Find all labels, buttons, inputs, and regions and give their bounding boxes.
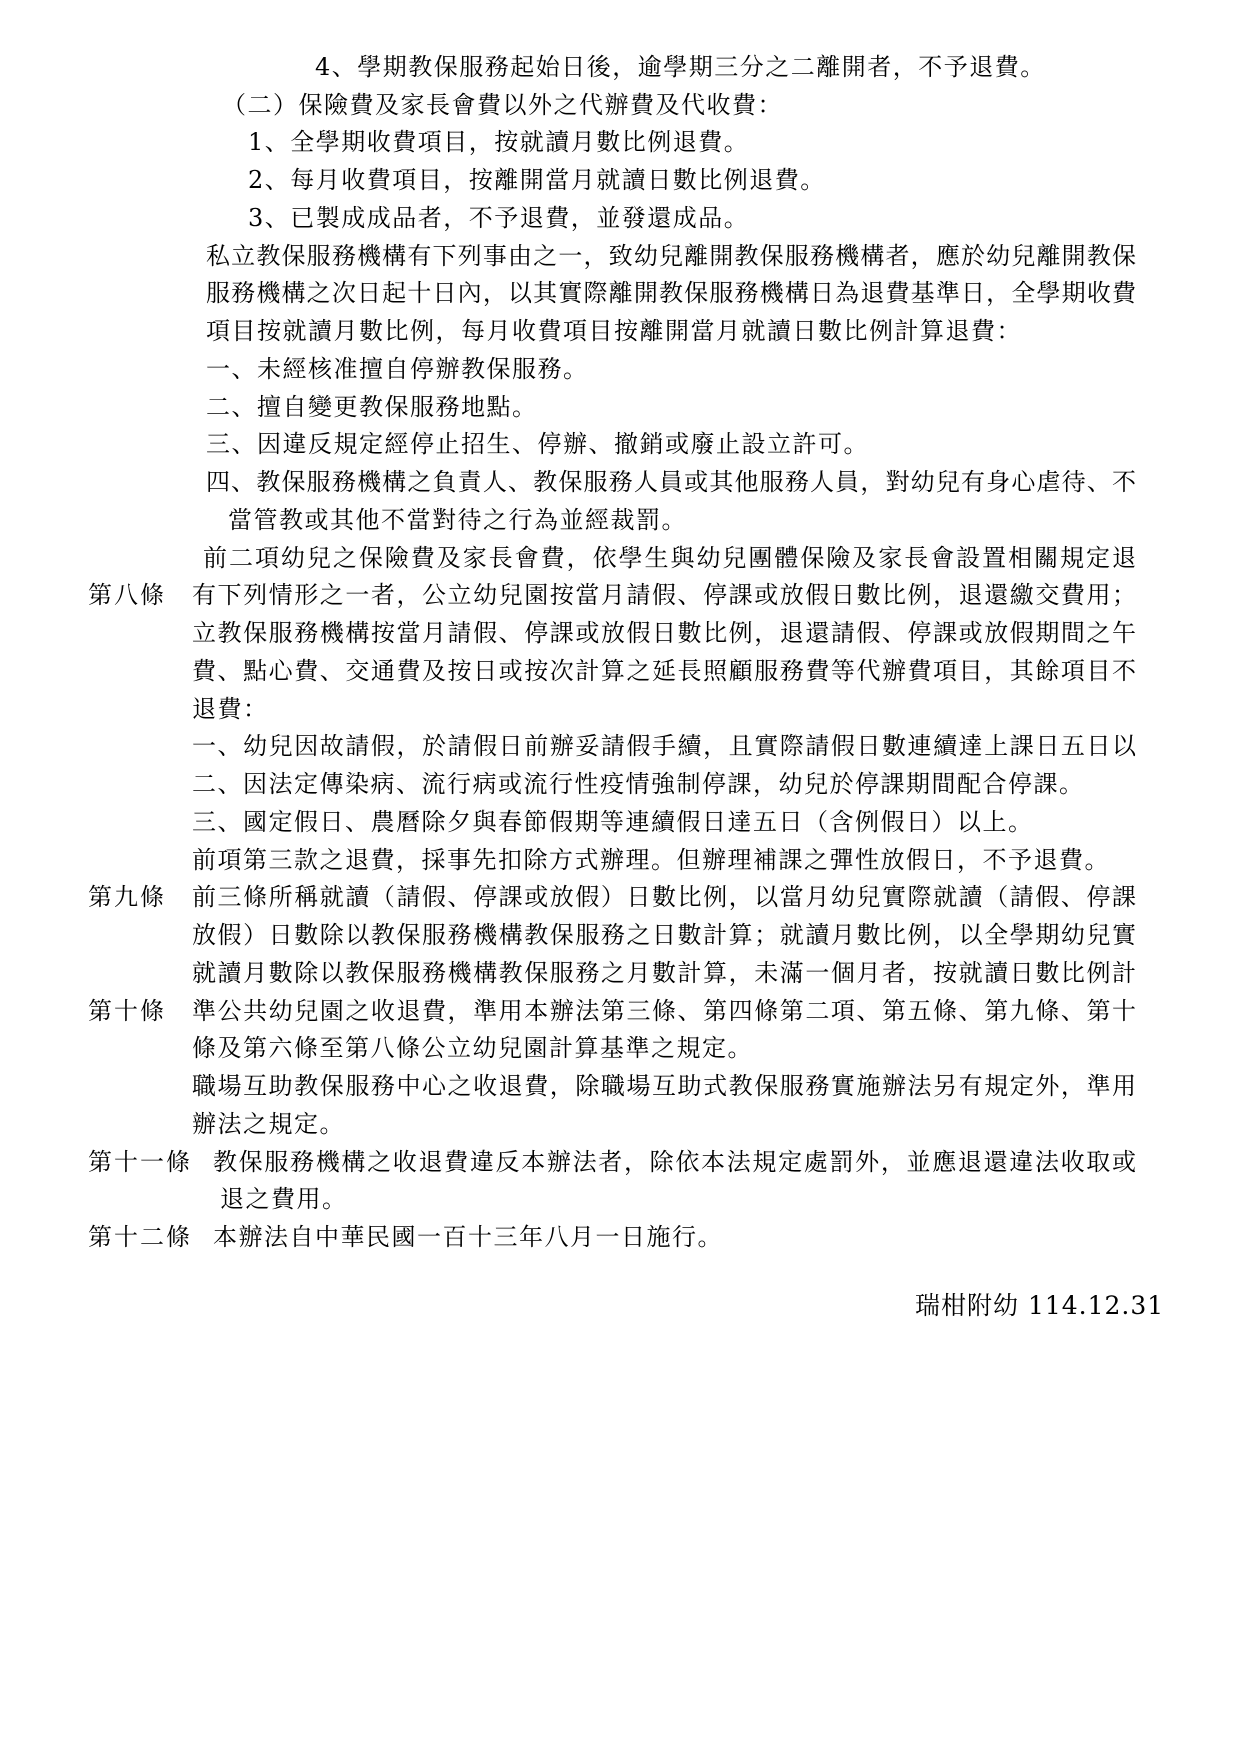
document-line: 二、擅自變更教保服務地點。 bbox=[0, 388, 1241, 426]
line-text: 退費： bbox=[192, 690, 269, 728]
article-number: 第八條 bbox=[88, 576, 166, 614]
article-number: 第九條 bbox=[88, 878, 166, 916]
line-text: 私立教保服務機構有下列事由之一，致幼兒離開教保服務機構者，應於幼兒離開教保 bbox=[206, 237, 1137, 275]
document-line: 私立教保服務機構有下列事由之一，致幼兒離開教保服務機構者，應於幼兒離開教保 bbox=[0, 237, 1241, 275]
document-line: 第十一條 教保服務機構之收退費違反本辦法者，除依本法規定處罰外，並應退還違法收取… bbox=[0, 1143, 1241, 1181]
footer-annotation: 瑞柑附幼 114.12.31 bbox=[915, 1286, 1164, 1322]
line-text: （二）保險費及家長會費以外之代辦費及代收費： bbox=[222, 86, 783, 124]
document-line: 4、學期教保服務起始日後，逾學期三分之二離開者，不予退費。 bbox=[0, 48, 1241, 86]
document-line: 1、全學期收費項目，按就讀月數比例退費。 bbox=[0, 123, 1241, 161]
line-text: 退之費用。 bbox=[220, 1180, 348, 1218]
document-line: 退之費用。 bbox=[0, 1180, 1241, 1218]
line-text: 2、每月收費項目，按離開當月就讀日數比例退費。 bbox=[248, 161, 826, 199]
line-text: 一、未經核准擅自停辦教保服務。 bbox=[206, 350, 589, 388]
document-line: 第十二條 本辦法自中華民國一百十三年八月一日施行。 bbox=[0, 1218, 1241, 1256]
document-line: 第八條 有下列情形之一者，公立幼兒園按當月請假、停課或放假日數比例，退還繳交費用… bbox=[0, 576, 1241, 614]
document-line: 一、未經核准擅自停辦教保服務。 bbox=[0, 350, 1241, 388]
document-line: 四、教保服務機構之負責人、教保服務人員或其他服務人員，對幼兒有身心虐待、不 bbox=[0, 463, 1241, 501]
document-line: 3、已製成成品者，不予退費，並發還成品。 bbox=[0, 199, 1241, 237]
article-number: 第十條 bbox=[88, 992, 166, 1030]
line-text: 條及第六條至第八條公立幼兒園計算基準之規定。 bbox=[192, 1029, 753, 1067]
document-line: 前項第三款之退費，採事先扣除方式辦理。但辦理補課之彈性放假日，不予退費。 bbox=[0, 841, 1241, 879]
document-line: 退費： bbox=[0, 690, 1241, 728]
document-line: 辦法之規定。 bbox=[0, 1105, 1241, 1143]
line-text: 4、學期教保服務起始日後，逾學期三分之二離開者，不予退費。 bbox=[315, 48, 1046, 86]
line-text: 前三條所稱就讀（請假、停課或放假）日數比例，以當月幼兒實際就讀（請假、停課或 bbox=[192, 878, 1137, 916]
line-text: 三、因違反規定經停止招生、停辦、撤銷或廢止設立許可。 bbox=[206, 425, 869, 463]
document-line: 服務機構之次日起十日內，以其實際離開教保服務機構日為退費基準日，全學期收費 bbox=[0, 274, 1241, 312]
document-line: 2、每月收費項目，按離開當月就讀日數比例退費。 bbox=[0, 161, 1241, 199]
line-text: 職場互助教保服務中心之收退費，除職場互助式教保服務實施辦法另有規定外，準用本 bbox=[192, 1067, 1137, 1105]
document-line: 一、幼兒因故請假，於請假日前辦妥請假手續，且實際請假日數連續達上課日五日以上。 bbox=[0, 727, 1241, 765]
document-line: 三、國定假日、農曆除夕與春節假期等連續假日達五日（含例假日）以上。 bbox=[0, 803, 1241, 841]
line-text: 就讀月數除以教保服務機構教保服務之月數計算，未滿一個月者，按就讀日數比例計算。 bbox=[192, 954, 1137, 992]
document-line: 放假）日數除以教保服務機構教保服務之日數計算；就讀月數比例，以全學期幼兒實際 bbox=[0, 916, 1241, 954]
line-text: 前二項幼兒之保險費及家長會費，依學生與幼兒團體保險及家長會設置相關規定退費。 bbox=[203, 539, 1137, 577]
line-text: 項目按就讀月數比例，每月收費項目按離開當月就讀日數比例計算退費： bbox=[206, 312, 1022, 350]
line-text: 準公共幼兒園之收退費，準用本辦法第三條、第四條第二項、第五條、第九條、第十一 bbox=[192, 992, 1137, 1030]
document-line: 項目按就讀月數比例，每月收費項目按離開當月就讀日數比例計算退費： bbox=[0, 312, 1241, 350]
line-text: 四、教保服務機構之負責人、教保服務人員或其他服務人員，對幼兒有身心虐待、不 bbox=[206, 463, 1137, 501]
line-text: 1、全學期收費項目，按就讀月數比例退費。 bbox=[248, 123, 749, 161]
line-text: 辦法之規定。 bbox=[192, 1105, 345, 1143]
document-line: 職場互助教保服務中心之收退費，除職場互助式教保服務實施辦法另有規定外，準用本 bbox=[0, 1067, 1241, 1105]
line-text: 3、已製成成品者，不予退費，並發還成品。 bbox=[248, 199, 749, 237]
line-text: 有下列情形之一者，公立幼兒園按當月請假、停課或放假日數比例，退還繳交費用；私 bbox=[192, 576, 1137, 614]
article-number: 第十二條 bbox=[88, 1218, 192, 1256]
document-page: 4、學期教保服務起始日後，逾學期三分之二離開者，不予退費。 （二）保險費及家長會… bbox=[0, 0, 1241, 1755]
line-text: 放假）日數除以教保服務機構教保服務之日數計算；就讀月數比例，以全學期幼兒實際 bbox=[192, 916, 1137, 954]
document-line: （二）保險費及家長會費以外之代辦費及代收費： bbox=[0, 86, 1241, 124]
line-text: 二、擅自變更教保服務地點。 bbox=[206, 388, 538, 426]
document-line: 第十條 準公共幼兒園之收退費，準用本辦法第三條、第四條第二項、第五條、第九條、第… bbox=[0, 992, 1241, 1030]
line-text: 教保服務機構之收退費違反本辦法者，除依本法規定處罰外，並應退還違法收取或應 bbox=[213, 1143, 1137, 1181]
line-text: 本辦法自中華民國一百十三年八月一日施行。 bbox=[213, 1218, 723, 1256]
document-line: 條及第六條至第八條公立幼兒園計算基準之規定。 bbox=[0, 1029, 1241, 1067]
article-number: 第十一條 bbox=[88, 1143, 192, 1181]
document-line: 第九條 前三條所稱就讀（請假、停課或放假）日數比例，以當月幼兒實際就讀（請假、停… bbox=[0, 878, 1241, 916]
document-line: 費、點心費、交通費及按日或按次計算之延長照顧服務費等代辦費項目，其餘項目不予 bbox=[0, 652, 1241, 690]
line-text: 當管教或其他不當對待之行為並經裁罰。 bbox=[228, 501, 687, 539]
document-line: 當管教或其他不當對待之行為並經裁罰。 bbox=[0, 501, 1241, 539]
line-text: 服務機構之次日起十日內，以其實際離開教保服務機構日為退費基準日，全學期收費 bbox=[206, 274, 1137, 312]
document-line: 立教保服務機構按當月請假、停課或放假日數比例，退還請假、停課或放假期間之午餐 bbox=[0, 614, 1241, 652]
document-line: 就讀月數除以教保服務機構教保服務之月數計算，未滿一個月者，按就讀日數比例計算。 bbox=[0, 954, 1241, 992]
line-text: 前項第三款之退費，採事先扣除方式辦理。但辦理補課之彈性放假日，不予退費。 bbox=[192, 841, 1110, 879]
document-line: 前二項幼兒之保險費及家長會費，依學生與幼兒團體保險及家長會設置相關規定退費。 bbox=[0, 539, 1241, 577]
document-line: 二、因法定傳染病、流行病或流行性疫情強制停課，幼兒於停課期間配合停課。 bbox=[0, 765, 1241, 803]
line-text: 二、因法定傳染病、流行病或流行性疫情強制停課，幼兒於停課期間配合停課。 bbox=[192, 765, 1085, 803]
line-text: 一、幼兒因故請假，於請假日前辦妥請假手續，且實際請假日數連續達上課日五日以上。 bbox=[192, 727, 1137, 765]
document-line: 三、因違反規定經停止招生、停辦、撤銷或廢止設立許可。 bbox=[0, 425, 1241, 463]
line-text: 費、點心費、交通費及按日或按次計算之延長照顧服務費等代辦費項目，其餘項目不予 bbox=[192, 652, 1137, 690]
line-text: 立教保服務機構按當月請假、停課或放假日數比例，退還請假、停課或放假期間之午餐 bbox=[192, 614, 1137, 652]
line-text: 三、國定假日、農曆除夕與春節假期等連續假日達五日（含例假日）以上。 bbox=[192, 803, 1034, 841]
